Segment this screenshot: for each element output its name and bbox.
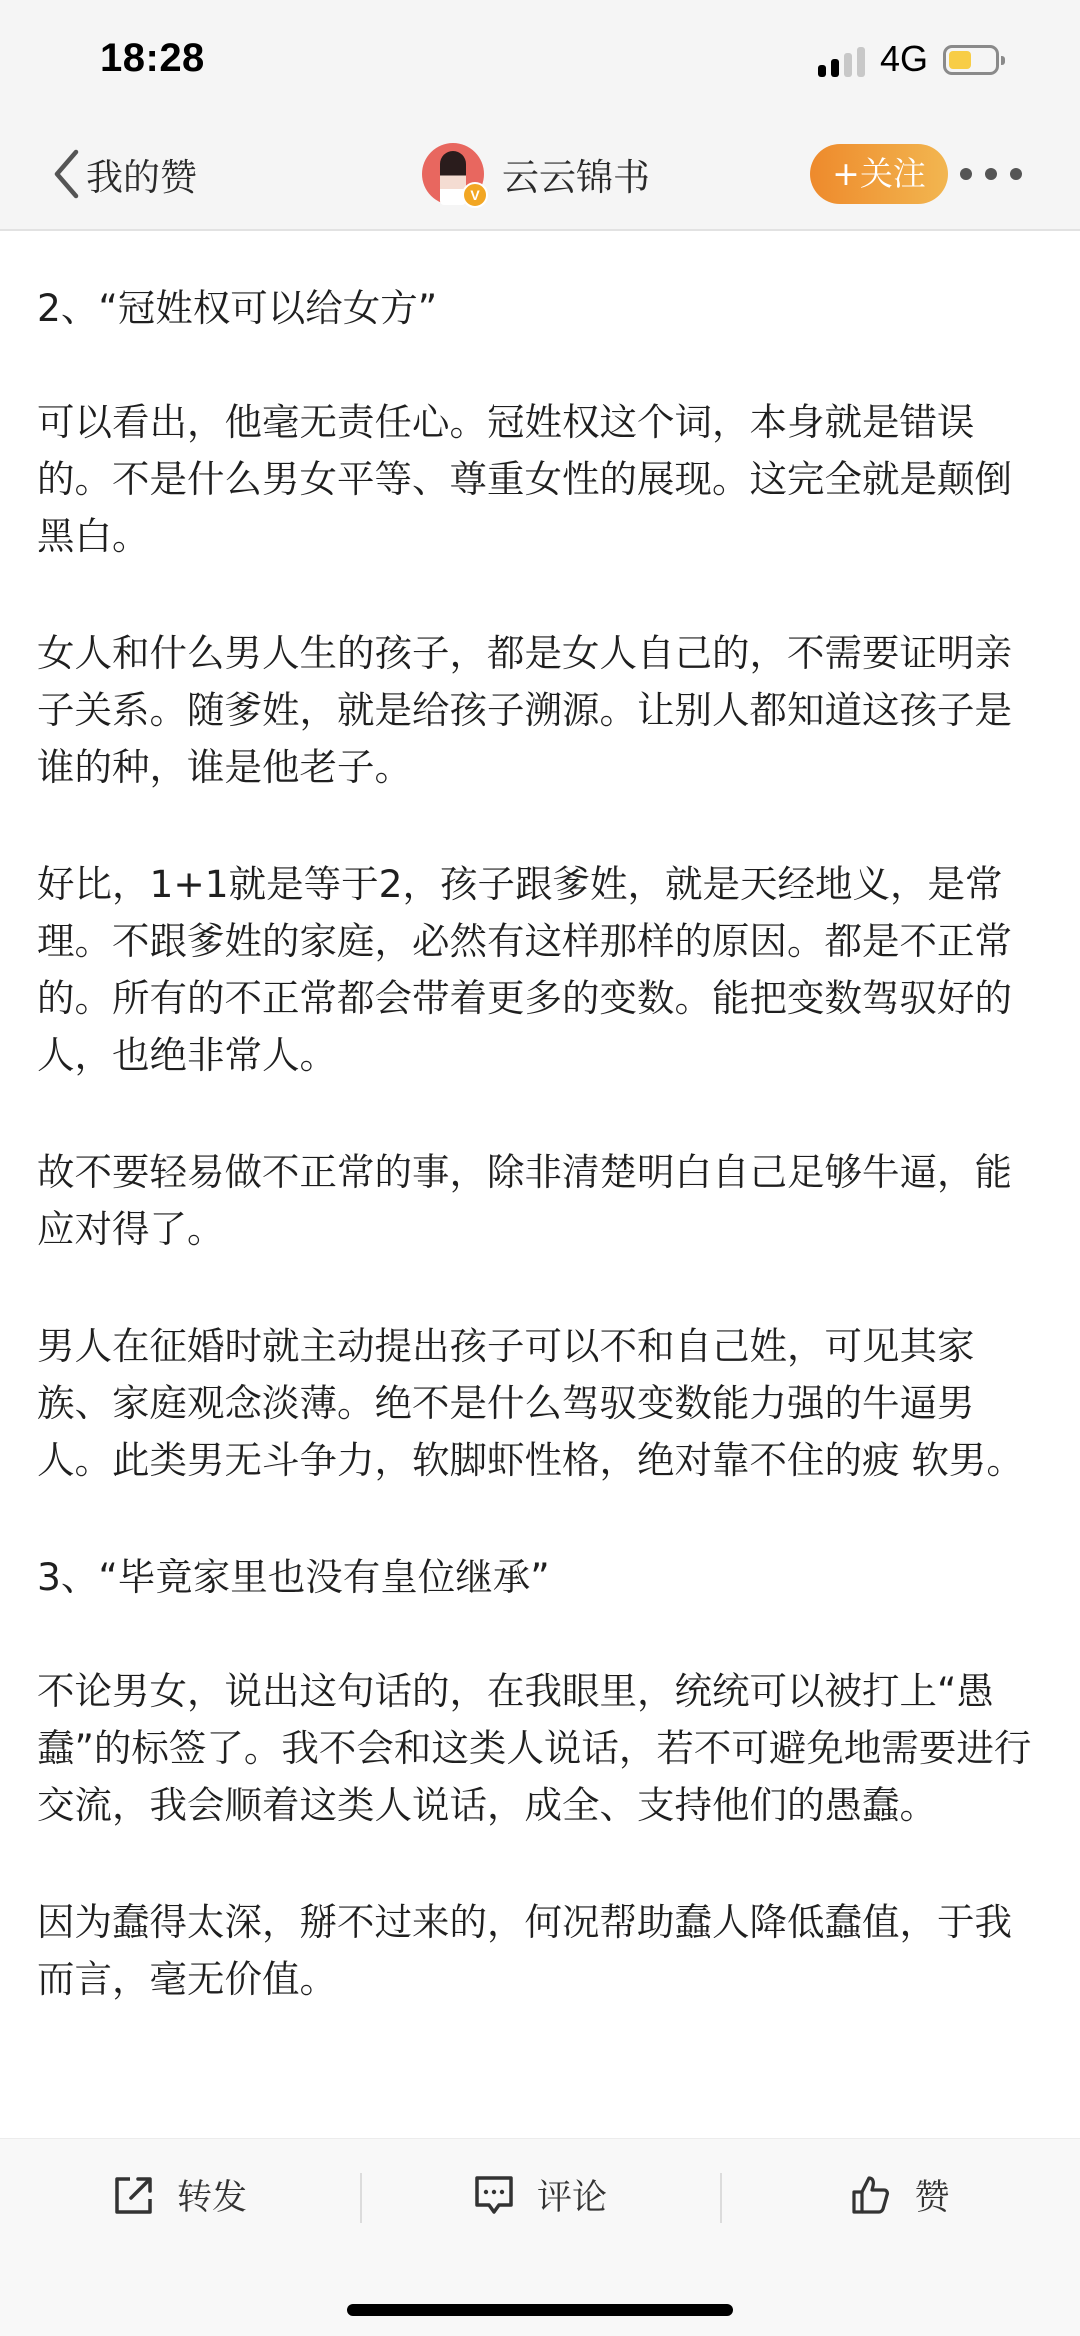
divider [720,2173,722,2223]
share-icon [113,2174,155,2216]
home-indicator[interactable] [347,2304,733,2316]
like-label: 赞 [914,2170,949,2220]
section-title: 2、“冠姓权可以给女方” [37,280,1047,337]
signal-icon [818,47,868,77]
paragraph: 女人和什么男人生的孩子，都是女人自己的，不需要证明亲子关系。随爹姓，就是给孩子溯… [37,625,1047,796]
more-options-button[interactable] [960,160,1022,188]
avatar[interactable]: V [422,143,484,205]
follow-button[interactable]: +关注 [810,144,948,204]
chevron-left-icon [52,149,80,199]
battery-icon [943,45,999,75]
verified-badge-icon: V [462,182,488,208]
paragraph: 故不要轻易做不正常的事，除非清楚明白自己足够牛逼，能应对得了。 [37,1144,1047,1258]
back-button[interactable]: 我的赞 [52,146,197,202]
divider [360,2173,362,2223]
comment-icon [473,2174,515,2216]
status-time: 18:28 [100,36,205,81]
paragraph: 男人在征婚时就主动提出孩子可以不和自己姓，可见其家族、家庭观念淡薄。绝不是什么驾… [37,1318,1047,1489]
comment-label: 评论 [537,2170,607,2220]
paragraph: 因为蠢得太深，掰不过来的，何况帮助蠢人降低蠢值，于我而言，毫无价值。 [37,1894,1047,2008]
top-header: 18:28 4G 我的赞 V 云云锦书 +关注 [0,0,1080,231]
paragraph: 好比，1+1就是等于2，孩子跟爹姓，就是天经地义，是常理。不跟爹姓的家庭，必然有… [37,856,1047,1084]
network-type: 4G [880,38,928,80]
comment-button[interactable]: 评论 [360,2139,720,2251]
back-label: 我的赞 [86,147,197,201]
section-title: 3、“毕竟家里也没有皇位继承” [37,1549,1047,1606]
post-content: 2、“冠姓权可以给女方” 可以看出，他毫无责任心。冠姓权这个词，本身就是错误的。… [37,280,1047,2068]
dot-icon [985,168,997,180]
dot-icon [960,168,972,180]
thumbs-up-icon [850,2174,892,2216]
paragraph: 不论男女，说出这句话的，在我眼里，统统可以被打上“愚蠢”的标签了。我不会和这类人… [37,1663,1047,1834]
author-info[interactable]: V 云云锦书 [422,143,650,205]
repost-label: 转发 [177,2170,247,2220]
like-button[interactable]: 赞 [720,2139,1080,2251]
dot-icon [1010,168,1022,180]
paragraph: 可以看出，他毫无责任心。冠姓权这个词，本身就是错误的。不是什么男女平等、尊重女性… [37,394,1047,565]
action-bar: 转发 评论 赞 [0,2138,1080,2336]
author-name[interactable]: 云云锦书 [502,147,650,201]
repost-button[interactable]: 转发 [0,2139,360,2251]
